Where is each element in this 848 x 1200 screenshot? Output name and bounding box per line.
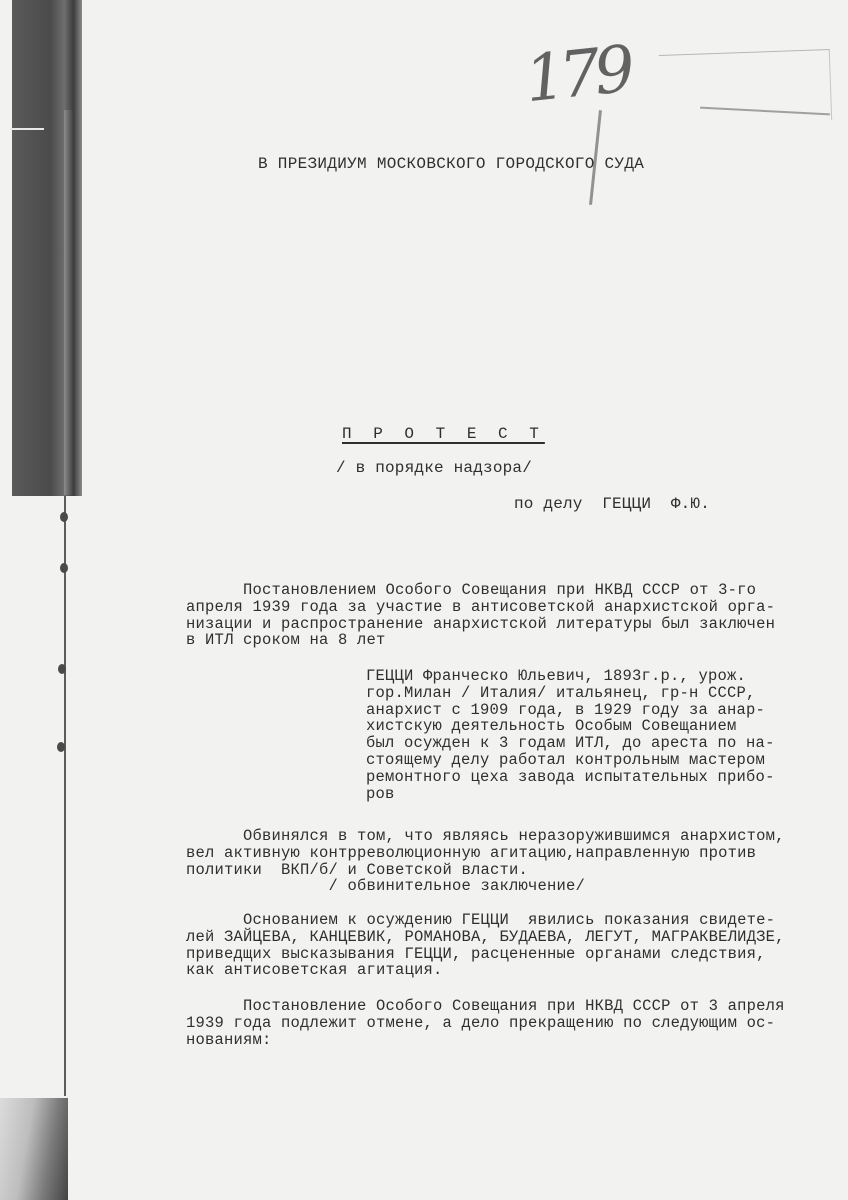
faint-stamp-outline bbox=[659, 49, 832, 126]
defendant-description: ГЕЦЦИ Франческо Юльевич, 1893г.р., урож.… bbox=[366, 668, 775, 802]
paragraph-accusation: Обвинялся в том, что являясь неразоружив… bbox=[186, 828, 785, 895]
binding-knot-icon bbox=[58, 664, 66, 674]
binding-knot-icon bbox=[57, 742, 65, 752]
addressee-heading: В ПРЕЗИДИУМ МОСКОВСКОГО ГОРОДСКОГО СУДА bbox=[258, 156, 644, 173]
document-page: 179 В ПРЕЗИДИУМ МОСКОВСКОГО ГОРОДСКОГО С… bbox=[0, 0, 848, 1200]
paragraph-conclusion: Постановление Особого Совещания при НКВД… bbox=[186, 998, 785, 1048]
binding-mark bbox=[10, 128, 44, 130]
paragraph-grounds: Основанием к осуждению ГЕЦЦИ явились пок… bbox=[186, 912, 785, 979]
binding-knot-icon bbox=[60, 563, 68, 573]
handwritten-page-number: 179 bbox=[521, 33, 632, 117]
binding-knot-icon bbox=[60, 512, 68, 522]
paragraph-resolution: Постановлением Особого Совещания при НКВ… bbox=[186, 582, 775, 649]
case-reference: по делу ГЕЦЦИ Ф.Ю. bbox=[514, 496, 710, 513]
binding-bottom-pages bbox=[0, 1098, 68, 1200]
binding-thread bbox=[64, 496, 66, 1096]
document-title: П Р О Т Е С Т bbox=[342, 426, 545, 443]
document-subtitle: / в порядке надзора/ bbox=[336, 460, 532, 477]
binding-strip bbox=[12, 0, 82, 496]
